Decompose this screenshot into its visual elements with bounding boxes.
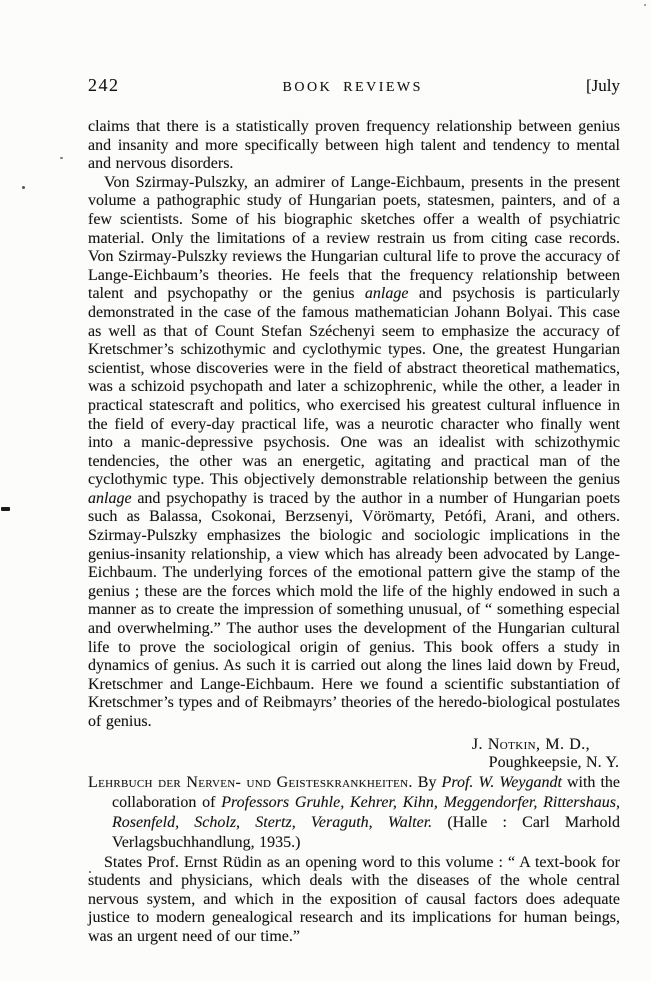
reviewer-name: J. Notkin, M. D., [88,736,620,755]
issue-label: [July [586,76,620,96]
italic-term-anlage: anlage [365,285,409,302]
book-title: Lehrbuch der Nerven- und Geisteskrankhei… [88,774,413,791]
heading-run: By [413,774,442,791]
page-number: 242 [88,75,120,96]
book-author: Prof. W. Weygandt [442,774,562,791]
scan-artifact [60,157,63,159]
scan-artifact [644,4,646,6]
review-notkin-continuation-paragraph: claims that there is a statistically pro… [88,118,620,174]
reviewer-signature: J. Notkin, M. D., Poughkeepsie, N. Y. [88,736,620,773]
running-title: BOOK REVIEWS [120,80,587,96]
italic-term-anlage: anlage [88,490,132,507]
review-notkin-body-paragraph: Von Szirmay-Pulszky, an admirer of Lange… [88,174,620,732]
scan-artifact [22,186,25,189]
reviewer-location: Poughkeepsie, N. Y. [88,754,620,773]
review-weygandt-body-paragraph: States Prof. Ernst Rüdin as an opening w… [88,854,620,947]
body-run: and psychosis is particularly demonstrat… [88,285,620,488]
scan-artifact [1,507,10,511]
running-header: 242 BOOK REVIEWS [July [88,75,620,96]
body-run: Von Szirmay-Pulszky, an admirer of Lange… [88,174,620,303]
body-run: and psychopathy is traced by the author … [88,490,620,730]
scanned-journal-page: 242 BOOK REVIEWS [July claims that there… [0,0,650,982]
page-body: claims that there is a statistically pro… [88,118,620,947]
scan-artifact [89,871,91,873]
review-weygandt-heading: Lehrbuch der Nerven- und Geisteskrankhei… [88,773,620,854]
